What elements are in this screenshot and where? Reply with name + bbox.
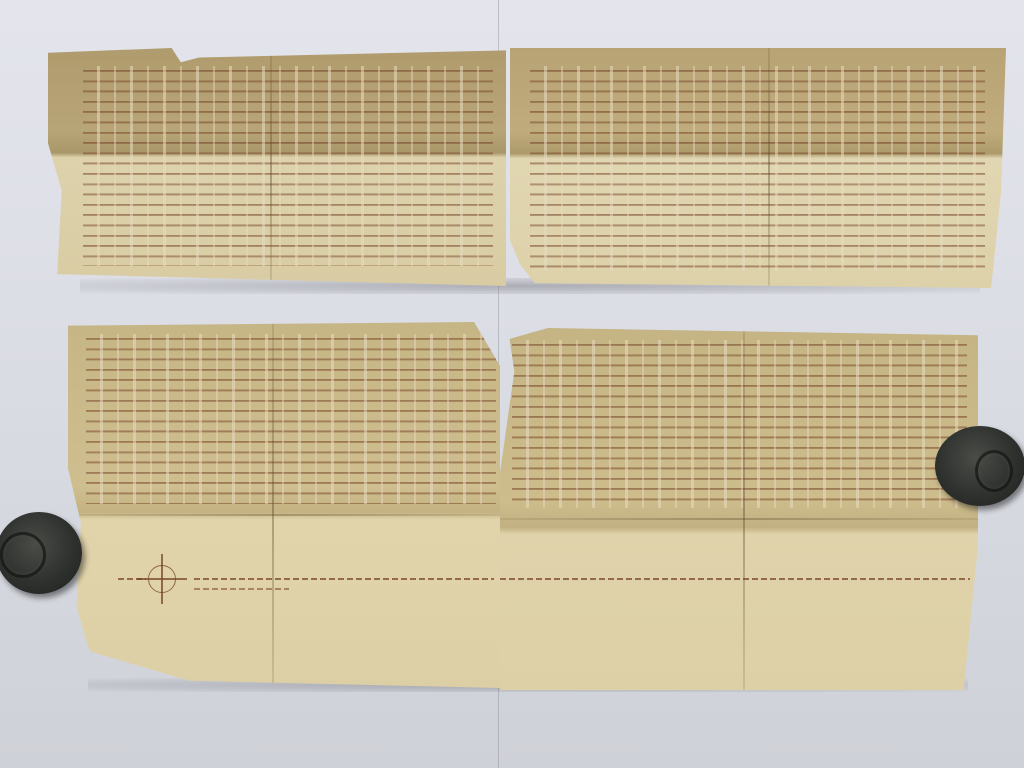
lower-charter	[68, 322, 978, 690]
subscription-line	[194, 588, 289, 590]
fold-line	[68, 514, 500, 516]
subscription-line	[194, 578, 494, 580]
lower-charter-left-panel	[68, 322, 500, 688]
paperweight-right	[935, 426, 1024, 506]
upper-charter-right-panel	[510, 48, 1006, 288]
lower-charter-right-panel	[500, 328, 978, 690]
paperweight-left	[0, 512, 82, 594]
fold-line	[500, 518, 978, 520]
weight-ring-icon	[975, 450, 1013, 492]
weight-ring-icon	[0, 532, 46, 578]
subscription-line	[118, 578, 146, 580]
upper-right-text-block	[530, 66, 985, 271]
chrismon-sign-icon	[148, 565, 176, 593]
fold-line	[272, 322, 274, 688]
upper-charter	[48, 48, 1006, 288]
lower-right-text-block	[512, 340, 967, 508]
fold-line	[743, 328, 745, 690]
subscription-line	[500, 578, 970, 580]
fold-line	[270, 48, 272, 286]
upper-left-text-block	[83, 66, 493, 266]
lower-left-text-block	[86, 334, 496, 504]
fold-line	[768, 48, 770, 288]
upper-charter-left-panel	[48, 48, 506, 286]
